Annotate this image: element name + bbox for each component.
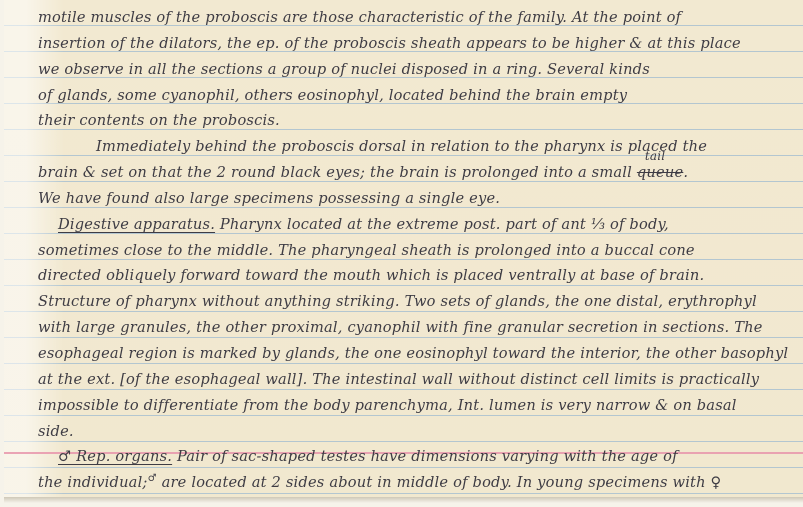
note-text: side. bbox=[38, 423, 74, 440]
card-bottom-edge bbox=[0, 497, 803, 507]
note-line: we observe in all the sections a group o… bbox=[38, 57, 798, 83]
note-text: Structure of pharynx without anything st… bbox=[38, 293, 757, 310]
note-text: ♂ bbox=[148, 473, 157, 484]
note-text: brain & set on that the 2 round black ey… bbox=[38, 164, 637, 181]
note-line: their contents on the proboscis. bbox=[38, 108, 798, 134]
note-text: directed obliquely forward toward the mo… bbox=[38, 267, 704, 284]
note-text: at the ext. [of the esophageal wall]. Th… bbox=[38, 371, 759, 388]
note-text: motile muscles of the proboscis are thos… bbox=[38, 9, 681, 26]
note-text: esophageal region is marked by glands, t… bbox=[38, 345, 788, 362]
note-line: esophageal region is marked by glands, t… bbox=[38, 341, 798, 367]
note-line: at the ext. [of the esophageal wall]. Th… bbox=[38, 367, 798, 393]
note-line: ♂ Rep. organs. Pair of sac-shaped testes… bbox=[38, 444, 798, 470]
note-text: Immediately behind the proboscis dorsal … bbox=[96, 138, 707, 155]
note-text: We have found also large specimens posse… bbox=[38, 190, 500, 207]
note-text: the individual; bbox=[38, 474, 148, 491]
note-text: their contents on the proboscis. bbox=[38, 112, 280, 129]
note-text: . bbox=[683, 164, 688, 181]
note-text: with large granules, the other proximal,… bbox=[38, 319, 763, 336]
note-text: we observe in all the sections a group o… bbox=[38, 61, 650, 78]
index-card: motile muscles of the proboscis are thos… bbox=[4, 0, 803, 497]
note-text: impossible to differentiate from the bod… bbox=[38, 397, 737, 414]
note-line: Structure of pharynx without anything st… bbox=[38, 289, 798, 315]
card-left-edge bbox=[0, 0, 4, 507]
note-line: side. bbox=[38, 419, 798, 445]
note-line: motile muscles of the proboscis are thos… bbox=[38, 5, 798, 31]
note-line: Immediately behind the proboscis dorsal … bbox=[38, 134, 798, 160]
note-heading: Digestive apparatus. bbox=[58, 216, 215, 233]
note-text: insertion of the dilators, the ep. of th… bbox=[38, 35, 741, 52]
note-line: impossible to differentiate from the bod… bbox=[38, 393, 798, 419]
scanned-page: motile muscles of the proboscis are thos… bbox=[0, 0, 803, 507]
note-text: Pharynx located at the extreme post. par… bbox=[215, 216, 669, 233]
note-text: sometimes close to the middle. The phary… bbox=[38, 242, 695, 259]
note-text: Pair of sac-shaped testes have dimension… bbox=[172, 448, 678, 465]
note-text: queuetail bbox=[637, 164, 683, 181]
note-line: Digestive apparatus. Pharynx located at … bbox=[38, 212, 798, 238]
note-line: brain & set on that the 2 round black ey… bbox=[38, 160, 798, 186]
note-line: insertion of the dilators, the ep. of th… bbox=[38, 31, 798, 57]
note-line: the individual;♂ are located at 2 sides … bbox=[38, 470, 798, 496]
note-text: of glands, some cyanophil, others eosino… bbox=[38, 87, 627, 104]
note-line: sometimes close to the middle. The phary… bbox=[38, 238, 798, 264]
note-line: We have found also large specimens posse… bbox=[38, 186, 798, 212]
inserted-correction: tail bbox=[645, 150, 665, 162]
note-text: are located at 2 sides about in middle o… bbox=[157, 474, 722, 491]
note-heading: ♂ Rep. organs. bbox=[58, 448, 172, 465]
note-line: with large granules, the other proximal,… bbox=[38, 315, 798, 341]
note-line: directed obliquely forward toward the mo… bbox=[38, 263, 798, 289]
note-line: of glands, some cyanophil, others eosino… bbox=[38, 83, 798, 109]
manuscript: motile muscles of the proboscis are thos… bbox=[38, 5, 798, 496]
